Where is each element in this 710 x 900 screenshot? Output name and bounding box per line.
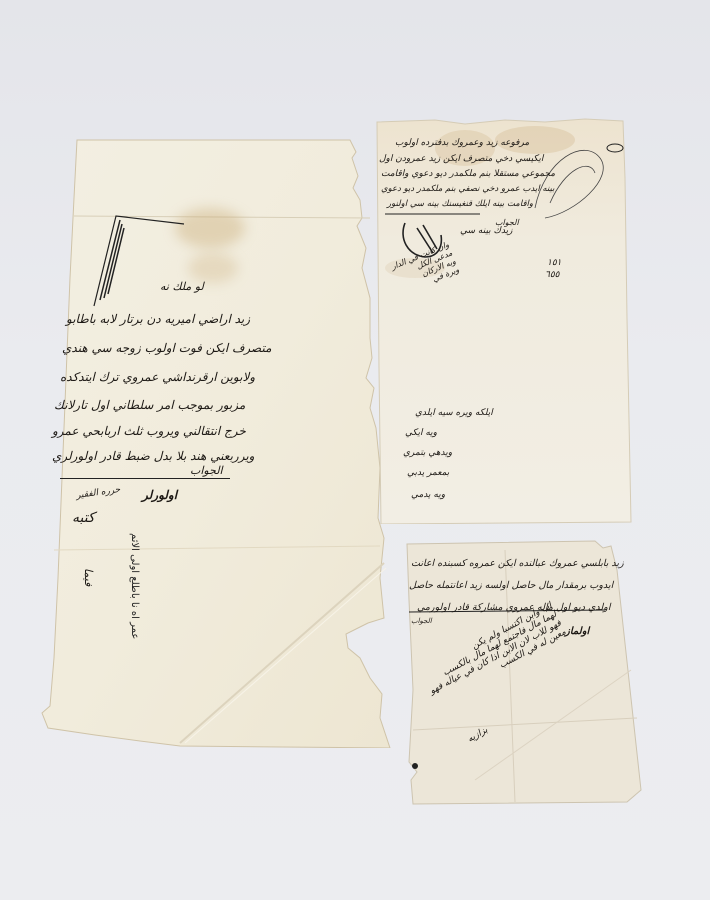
divider-line (60, 478, 230, 479)
vertical-note: عمر اه نا باطلع اولى الاثم (129, 533, 140, 639)
doc-number: ١٥١ (547, 258, 562, 268)
doc-line: ويرربعني هند بلا بدل ضبط قادر اولورلري (52, 449, 254, 463)
doc-line: بينه ايدب عمرو دخي نصفي بنم ملكمدر ديو د… (381, 184, 554, 194)
doc-line: زيدك بينه سي (460, 226, 513, 236)
doc-line: مجموعي مستقلا بنم ملكمدر ديو دعوي واقامت (381, 169, 555, 179)
cursive-note: بمعمر يدبي (407, 468, 449, 478)
doc-line: اولماز (565, 626, 589, 637)
doc-line: واقامت بينه ايلك قنغيسنك بينه سي اولنور (387, 199, 533, 209)
doc-number: ٦٥٥ (545, 270, 560, 280)
doc-line: الجواب (190, 464, 223, 477)
doc-line: مزبور بموجب امر سلطاني اول تارلانك (54, 398, 245, 412)
document-small-bottom-right: زيد بابلسي عمروك عبالنده ايكن عمروه كسبن… (405, 540, 643, 806)
doc-line: زيد بابلسي عمروك عبالنده ايكن عمروه كسبن… (411, 558, 624, 569)
doc-line: اولدي ديو اول ماله عمروي مشاركة قادر اول… (417, 602, 611, 613)
marginal-note: كتبه (72, 510, 95, 526)
doc-line: مرفوعه زيد وعمروك بدفترده اولوب (395, 138, 529, 148)
doc-line: ايكيسي دخي متصرف ايكن زيد عمرودن اول (379, 154, 543, 164)
marginal-note: فيما (82, 568, 95, 586)
signature-flourish-icon (90, 210, 190, 310)
cursive-note: ويه ايكي (405, 428, 437, 438)
water-stain (188, 253, 238, 283)
document-large-left: لو ملك نه زيد اراضي اميريه دن برتار لابه… (40, 138, 392, 748)
cursive-note: ويه يدمي (411, 490, 445, 500)
doc-line: اولورلر (142, 488, 177, 502)
doc-line: لو ملك نه (160, 280, 204, 293)
doc-line: الجواب (411, 617, 432, 625)
doc-line: خرج انتقالني ويروب ثلث اربابحي عمرو (52, 424, 246, 438)
doc-line: زيد اراضي اميريه دن برتار لابه باطابو (66, 312, 250, 326)
cursive-note: ايلكه ويره سيه ايلدي (415, 408, 493, 418)
document-top-right: مرفوعه زيد وعمروك بدفترده اولوب ايكيسي د… (375, 118, 633, 524)
doc-line: ايدوب برمقدار مال حاصل اولسه زيد اعانتمل… (409, 580, 613, 591)
cursive-note: ويدهي بتمري (403, 448, 452, 458)
doc-line: متصرف ايكن فوت اولوب زوجه سي هندي (62, 341, 272, 355)
doc-line: ولابوين ارقرنداشي عمروي ترك ايتدكده (60, 370, 255, 384)
